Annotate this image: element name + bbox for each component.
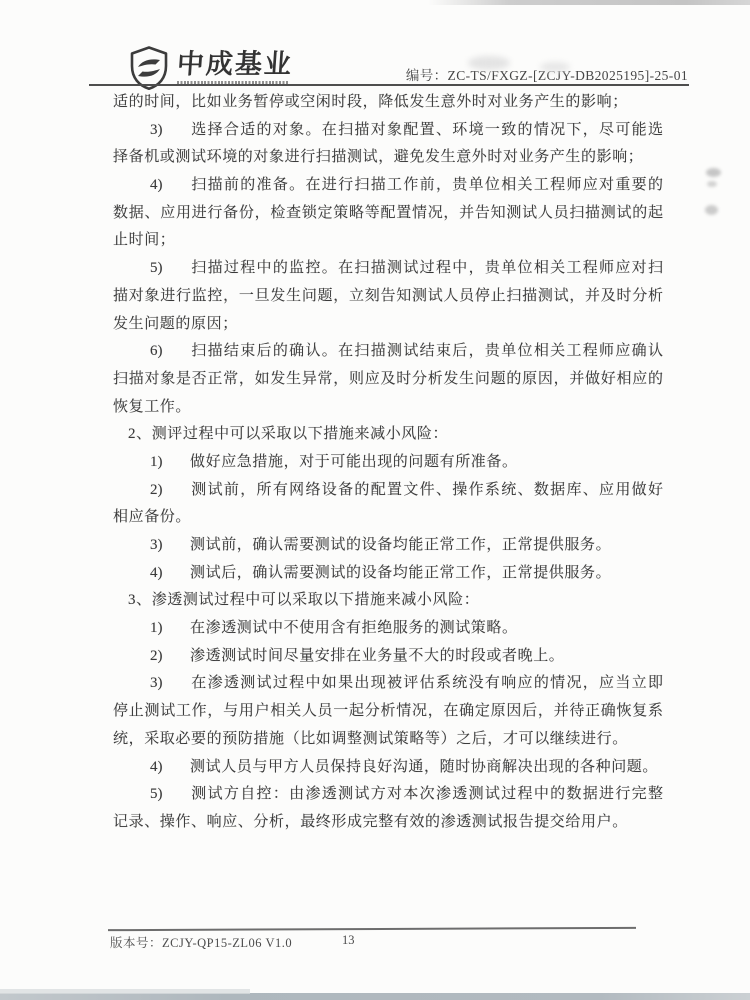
line-text: 统，采取必要的预防措施（比如调整测试策略等）之后，才可以继续进行。 <box>113 731 628 747</box>
text-line: 恢复工作。 <box>113 394 663 422</box>
list-number: 1) <box>150 615 190 643</box>
list-number: 4) <box>150 560 190 588</box>
line-text: 适的时间，比如业务暂停或空闲时段，降低发生意外时对业务产生的影响； <box>113 94 628 110</box>
line-text: 恢复工作。 <box>113 399 191 415</box>
scan-artifact-top-edge <box>428 0 750 5</box>
list-number: 5) <box>150 781 190 809</box>
footer-version: 版本号：ZCJY-QP15-ZL06 V1.0 <box>110 933 292 951</box>
scanned-document-page: 中成基业 编号：ZC-TS/FXGZ-[ZCJY-DB2025195]-25-0… <box>0 0 750 1000</box>
text-line: 描对象进行监控，一旦发生问题，立刻告知测试人员停止扫描测试，并及时分析 <box>113 283 663 311</box>
scan-smudge <box>707 181 717 187</box>
text-line: 发生问题的原因； <box>113 311 663 339</box>
list-number: 4) <box>150 754 190 782</box>
text-line: 择备机或测试环境的对象进行扫描测试，避免发生意外时对业务产生的影响； <box>113 144 663 172</box>
line-text: 描对象进行监控，一旦发生问题，立刻告知测试人员停止扫描测试，并及时分析 <box>113 288 663 304</box>
line-text: 测试后，确认需要测试的设备均能正常工作，正常提供服务。 <box>190 565 611 581</box>
scan-smudge <box>705 205 718 215</box>
line-text: 测试人员与甲方人员保持良好沟通，随时协商解决出现的各种问题。 <box>190 759 658 775</box>
line-text: 3、渗透测试过程中可以采取以下措施来减小风险： <box>128 592 479 608</box>
list-number: 6) <box>150 338 190 366</box>
text-line: 5)测试方自控：由渗透测试方对本次渗透测试过程中的数据进行完整 <box>113 781 663 809</box>
list-number: 4) <box>150 172 190 200</box>
text-line: 止时间； <box>113 227 663 255</box>
line-text: 止时间； <box>113 232 175 248</box>
text-line: 4)测试人员与甲方人员保持良好沟通，随时协商解决出现的各种问题。 <box>113 754 663 782</box>
line-text: 数据、应用进行备份，检查锁定策略等配置情况，并告知测试人员扫描测试的起 <box>113 205 663 221</box>
text-line: 5)扫描过程中的监控。在扫描测试过程中，贵单位相关工程师应对扫 <box>113 255 663 283</box>
brand-block: 中成基业 <box>177 46 293 84</box>
line-text: 发生问题的原因； <box>113 316 238 332</box>
line-text: 测试前，确认需要测试的设备均能正常工作，正常提供服务。 <box>190 537 611 553</box>
text-line: 1)在渗透测试中不使用含有拒绝服务的测试策略。 <box>113 615 663 643</box>
line-text: 测试方自控：由渗透测试方对本次渗透测试过程中的数据进行完整 <box>190 786 663 802</box>
header-rule <box>89 84 689 86</box>
scan-smudge <box>706 168 721 177</box>
text-line: 2)测试前，所有网络设备的配置文件、操作系统、数据库、应用做好 <box>113 477 663 505</box>
list-number: 3) <box>150 532 190 560</box>
text-line: 扫描对象是否正常，如发生异常，则应及时分析发生问题的原因，并做好相应的 <box>113 366 663 394</box>
line-text: 扫描过程中的监控。在扫描测试过程中，贵单位相关工程师应对扫 <box>190 260 663 276</box>
list-number: 2) <box>150 643 190 671</box>
text-line: 3、渗透测试过程中可以采取以下措施来减小风险： <box>113 587 663 615</box>
text-line: 2)渗透测试时间尽量安排在业务量不大的时段或者晚上。 <box>113 643 663 671</box>
scan-artifact-bottom-edge <box>0 993 750 1000</box>
line-text: 选择合适的对象。在扫描对象配置、环境一致的情况下，尽可能选 <box>190 122 663 138</box>
text-line: 数据、应用进行备份，检查锁定策略等配置情况，并告知测试人员扫描测试的起 <box>113 200 663 228</box>
line-text: 择备机或测试环境的对象进行扫描测试，避免发生意外时对业务产生的影响； <box>113 149 643 165</box>
text-line: 3)选择合适的对象。在扫描对象配置、环境一致的情况下，尽可能选 <box>113 117 663 145</box>
footer-page-number: 13 <box>342 933 355 948</box>
scan-artifact-bottom-left <box>0 989 250 994</box>
brand-text: 中成基业 <box>176 50 294 78</box>
line-text: 记录、操作、响应、分析，最终形成完整有效的渗透测试报告提交给用户。 <box>113 814 628 830</box>
text-line: 2、测评过程中可以采取以下措施来减小风险： <box>113 421 663 449</box>
line-text: 渗透测试时间尽量安排在业务量不大的时段或者晚上。 <box>190 648 564 664</box>
line-text: 扫描对象是否正常，如发生异常，则应及时分析发生问题的原因，并做好相应的 <box>113 371 663 387</box>
line-text: 在渗透测试中不使用含有拒绝服务的测试策略。 <box>190 620 518 636</box>
text-line: 统，采取必要的预防措施（比如调整测试策略等）之后，才可以继续进行。 <box>113 726 663 754</box>
footer-rule <box>108 927 636 931</box>
text-line: 相应备份。 <box>113 504 663 532</box>
text-line: 4)扫描前的准备。在进行扫描工作前，贵单位相关工程师应对重要的 <box>113 172 663 200</box>
text-line: 6)扫描结束后的确认。在扫描测试结束后，贵单位相关工程师应确认 <box>113 338 663 366</box>
text-line: 记录、操作、响应、分析，最终形成完整有效的渗透测试报告提交给用户。 <box>113 809 663 837</box>
text-line: 停止测试工作，与用户相关人员一起分析情况，在确定原因后，并待正确恢复系 <box>113 698 663 726</box>
text-line: 3)测试前，确认需要测试的设备均能正常工作，正常提供服务。 <box>113 532 663 560</box>
line-text: 2、测评过程中可以采取以下措施来减小风险： <box>128 426 448 442</box>
line-text: 扫描结束后的确认。在扫描测试结束后，贵单位相关工程师应确认 <box>190 343 663 359</box>
line-text: 测试前，所有网络设备的配置文件、操作系统、数据库、应用做好 <box>190 482 663 498</box>
list-number: 3) <box>150 117 190 145</box>
line-text: 做好应急措施，对于可能出现的问题有所准备。 <box>190 454 518 470</box>
text-line: 1)做好应急措施，对于可能出现的问题有所准备。 <box>113 449 663 477</box>
text-line: 适的时间，比如业务暂停或空闲时段，降低发生意外时对业务产生的影响； <box>113 89 663 117</box>
list-number: 1) <box>150 449 190 477</box>
line-text: 扫描前的准备。在进行扫描工作前，贵单位相关工程师应对重要的 <box>190 177 663 193</box>
line-text: 停止测试工作，与用户相关人员一起分析情况，在确定原因后，并待正确恢复系 <box>113 703 663 719</box>
document-number: 编号：ZC-TS/FXGZ-[ZCJY-DB2025195]-25-01 <box>406 64 688 84</box>
list-number: 3) <box>150 670 190 698</box>
list-number: 5) <box>150 255 190 283</box>
list-number: 2) <box>150 477 190 505</box>
text-line: 3)在渗透测试过程中如果出现被评估系统没有响应的情况，应当立即 <box>113 670 663 698</box>
document-body: 适的时间，比如业务暂停或空闲时段，降低发生意外时对业务产生的影响；3)选择合适的… <box>113 89 663 837</box>
line-text: 相应备份。 <box>113 509 191 525</box>
text-line: 4)测试后，确认需要测试的设备均能正常工作，正常提供服务。 <box>113 560 663 588</box>
line-text: 在渗透测试过程中如果出现被评估系统没有响应的情况，应当立即 <box>190 675 663 691</box>
